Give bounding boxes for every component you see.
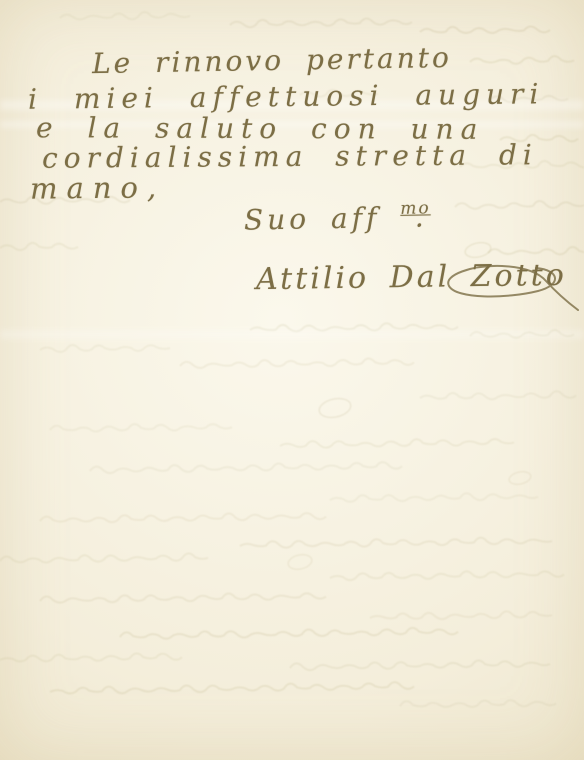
bleedthrough-stroke xyxy=(250,323,458,331)
bleedthrough-stroke xyxy=(120,628,458,639)
letter-line-2: i miei affettuosi auguri xyxy=(28,77,545,115)
letter-line-4: cordialissima stretta di xyxy=(42,138,538,174)
closing-line: Suo affmo. xyxy=(244,200,428,236)
bleedthrough-stroke xyxy=(470,330,574,338)
letter-page: Le rinnovo pertanto i miei affettuosi au… xyxy=(0,0,584,760)
bleedthrough-loop xyxy=(287,553,313,572)
letter-line-5: mano, xyxy=(30,170,165,205)
letter-line-1: Le rinnovo pertanto xyxy=(92,41,452,80)
bleedthrough-stroke xyxy=(240,538,552,548)
bleedthrough-stroke xyxy=(330,493,538,502)
bleedthrough-stroke xyxy=(470,56,574,64)
signature-flourish xyxy=(438,254,584,318)
closing-superscript: mo xyxy=(400,198,431,219)
bleedthrough-stroke xyxy=(290,661,550,671)
bleedthrough-stroke xyxy=(180,358,414,367)
bleedthrough-stroke xyxy=(420,27,550,33)
bleedthrough-stroke xyxy=(50,682,414,693)
bleedthrough-stroke xyxy=(90,462,402,473)
bleedthrough-stroke xyxy=(400,700,556,707)
bleedthrough-stroke xyxy=(455,201,584,209)
bleedthrough-stroke xyxy=(420,391,576,399)
bleedthrough-stroke xyxy=(40,345,170,352)
bleedthrough-stroke xyxy=(230,19,412,28)
bleedthrough-stroke xyxy=(370,611,552,619)
bleedthrough-stroke xyxy=(40,593,326,602)
bleedthrough-loop xyxy=(508,470,532,486)
bleedthrough-stroke xyxy=(280,439,514,447)
bleedthrough-stroke xyxy=(0,653,182,661)
bleedthrough-loop xyxy=(317,396,352,420)
bleedthrough-stroke xyxy=(40,513,326,522)
bleedthrough-stroke xyxy=(60,12,190,19)
bleedthrough-stroke xyxy=(0,243,78,250)
bleedthrough-stroke xyxy=(330,571,564,580)
bleedthrough-stroke xyxy=(0,553,208,562)
closing-text: Suo aff xyxy=(244,201,381,236)
bleedthrough-stroke xyxy=(50,424,232,431)
